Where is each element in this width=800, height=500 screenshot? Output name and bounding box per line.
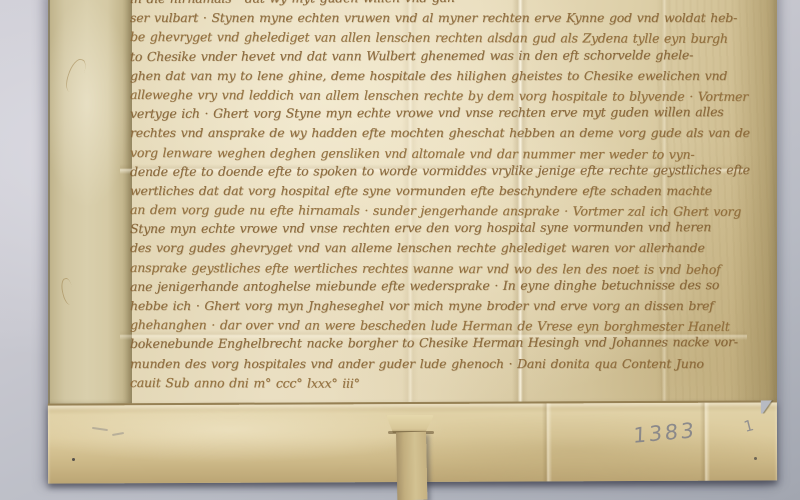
manuscript-line: vertyge ich · Ghert vorg Styne myn echte…: [130, 104, 718, 125]
plica-corner-notch: [761, 400, 775, 413]
manuscript-line: in die hirnamals · dat wy myt guden will…: [130, 0, 718, 10]
manuscript-line: munden des vorg hospitales vnd ander gud…: [130, 356, 718, 375]
manuscript-line: wertliches dat dat vorg hospital efte sy…: [130, 183, 718, 202]
manuscript-text-block: in die hirnamals · dat wy myt guden will…: [130, 0, 718, 394]
dark-speck: [754, 457, 757, 460]
manuscript-line: des vorg gudes ghevryget vnd van alleme …: [130, 240, 718, 259]
plica-crease: [700, 403, 710, 481]
manuscript-line: ghen dat van my to lene ghine, deme hosp…: [130, 68, 718, 87]
manuscript-line: Styne myn echte vrowe vnd vnse rechten e…: [130, 219, 718, 240]
seal-tag-strip: [396, 432, 427, 500]
manuscript-line: bokenebunde Enghelbrecht nacke borgher t…: [130, 335, 718, 356]
parchment-sheet: in die hirnamals · dat wy myt guden will…: [48, 0, 777, 480]
manuscript-line: rechtes vnd ansprake de wy hadden efte m…: [130, 125, 718, 144]
manuscript-line: dende efte to doende efte to spoken to w…: [130, 162, 718, 183]
ink-squiggle: [59, 277, 76, 306]
manuscript-line: to Chesike vnder hevet vnd dat vann Wulb…: [130, 47, 718, 68]
manuscript-line: hebbe ich · Ghert vorg myn Jngheseghel v…: [130, 298, 718, 317]
dark-speck: [72, 458, 75, 461]
plica-crease: [542, 403, 552, 481]
manuscript-line: ane jenigerhande antoghelse miebunde eft…: [130, 277, 718, 298]
left-fold-strip: [50, 0, 132, 404]
manuscript-line: cauit Sub anno dni m° ccc° lxxx° iii°: [130, 375, 718, 396]
photo-of-parchment-charter: in die hirnamals · dat wy myt guden will…: [0, 0, 800, 500]
manuscript-line: ser vulbart · Stynen myne echten vruwen …: [130, 10, 718, 29]
ink-squiggle: [63, 57, 88, 95]
